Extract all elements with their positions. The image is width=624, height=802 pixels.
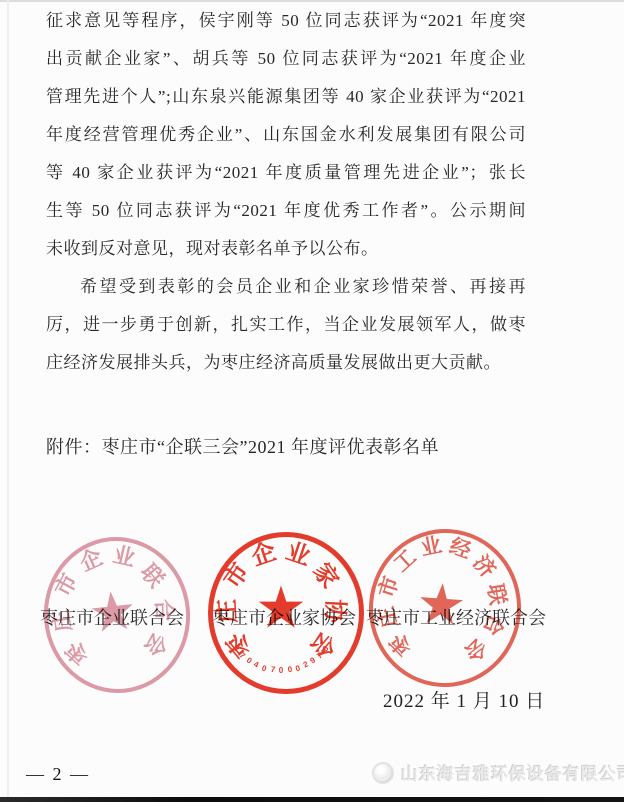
seal-arc-char: 会 xyxy=(140,629,171,660)
org-name-enterprise-confederation: 枣庄市企业联合会 xyxy=(40,604,184,630)
seal-arc-char: 会 xyxy=(305,627,339,661)
body-line: 庄经济发展排头兵，为枣庄经济高质量发展做出更大贡献。 xyxy=(46,344,526,382)
seal-arc-char: 工 xyxy=(390,546,420,576)
seal-arc-char: 枣 xyxy=(387,629,417,659)
body-line: 厉，进一步勇于创新，扎实工作，当企业发展领军人，做枣 xyxy=(46,306,526,344)
seal-serial-digit: 0 xyxy=(295,664,302,673)
scanner-watermark: 山东海吉雅环保设备有限公司 xyxy=(372,760,624,785)
seal-serial-digit: 9 xyxy=(309,656,317,665)
company-logo-icon xyxy=(372,762,394,784)
body-line: 生等 50 位同志获评为“2021 年度优秀工作者”。公示期间 xyxy=(46,192,526,230)
body-line: 未收到反对意见，现对表彰名单予以公布。 xyxy=(46,230,526,268)
watermark-company-name: 山东海吉雅环保设备有限公司 xyxy=(401,760,624,785)
seal-arc-char: 枣 xyxy=(62,637,93,668)
org-name-industrial-economy-federation: 枣庄市工业经济联合会 xyxy=(366,604,546,630)
seal-serial-digit: 7 xyxy=(316,651,325,660)
seal-arc-char: 经 xyxy=(446,536,473,563)
seal-serial-digit: 4 xyxy=(252,661,259,670)
scanned-document-page: 征求意见等程序，侯宇刚等 50 位同志获评为“2021 年度突 出贡献企业家”、… xyxy=(0,0,624,802)
attachment-line: 附件：枣庄市“企联三会”2021 年度评优表彰名单 xyxy=(46,428,439,466)
body-line: 等 40 家企业获评为“2021 年度质量管理先进企业”；张长 xyxy=(46,154,526,192)
seal-serial-digit: 0 xyxy=(261,664,268,673)
seal-serial-digit: 0 xyxy=(245,656,253,665)
seal-arc-char: 枣 xyxy=(223,627,257,661)
seal-serial-digit: 6 xyxy=(322,645,331,654)
seal-arc-char: 联 xyxy=(136,560,167,591)
seal-arc-char: 济 xyxy=(469,551,499,581)
signature-organizations: 枣庄市企业联合会 枣庄市企业家协会 枣庄市工业经济联合会 xyxy=(0,604,624,632)
seal-serial-digit: 7 xyxy=(237,651,246,660)
body-line: 管理先进个人”;山东泉兴能源集团等 40 家企业获评为“2021 xyxy=(46,78,526,116)
seal-serial-digit: 0 xyxy=(279,667,283,675)
seal-arc-char: 企 xyxy=(76,545,105,574)
seal-serial-digit: 2 xyxy=(302,661,309,670)
seal-serial-digit: 0 xyxy=(287,666,293,675)
seal-arc-char: 业 xyxy=(418,535,443,560)
org-name-entrepreneurs-association: 枣庄市企业家协会 xyxy=(212,604,356,630)
seal-arc-char: 市 xyxy=(376,573,402,599)
body-line: 年度经营管理优秀企业”、山东国金水利发展集团有限公司 xyxy=(46,116,526,154)
document-body: 征求意见等程序，侯宇刚等 50 位同志获评为“2021 年度突 出贡献企业家”、… xyxy=(46,2,526,382)
body-line: 征求意见等程序，侯宇刚等 50 位同志获评为“2021 年度突 xyxy=(46,2,526,40)
page-number: — 2 — xyxy=(26,764,90,785)
seal-arc-char: 市 xyxy=(52,570,82,600)
seal-arc-char: 联 xyxy=(484,582,508,606)
seal-serial-digit: 3 xyxy=(231,645,240,654)
scan-edge-bottom xyxy=(0,797,624,802)
scan-edge-left xyxy=(7,0,9,802)
body-line: 希望受到表彰的会员企业和企业家珍惜荣誉、再接再 xyxy=(46,268,526,306)
document-date: 2022 年 1 月 10 日 xyxy=(383,686,545,713)
seal-arc-char: 会 xyxy=(460,635,489,664)
body-line: 出贡献企业家”、胡兵等 50 位同志获评为“2021 年度企业 xyxy=(46,40,526,78)
seal-serial-digit: 7 xyxy=(270,666,276,675)
seal-arc-char: 家 xyxy=(308,560,341,593)
seal-arc-char: 市 xyxy=(220,560,253,593)
seal-arc-char: 业 xyxy=(110,543,136,569)
seal-arc-char: 企 xyxy=(249,540,279,570)
seal-arc-char: 业 xyxy=(283,540,313,570)
